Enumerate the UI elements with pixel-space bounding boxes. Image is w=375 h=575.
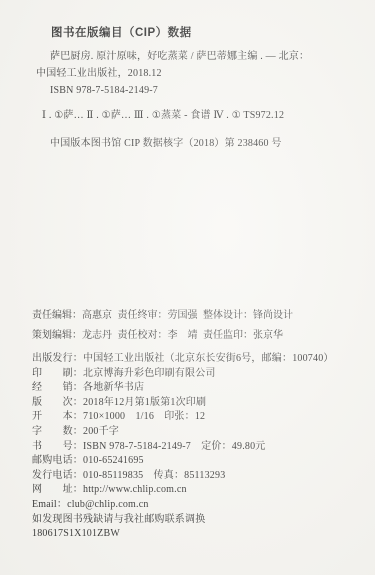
credit-proofreader: 责任校对：李 靖 — [118, 326, 201, 346]
cip-entry-line-2: 中国轻工业出版社，2018.12 — [36, 68, 162, 80]
pub-line-email: Email：club@chlip.com.cn — [32, 498, 334, 513]
staff-row-1: 责任编辑：高惠京 责任终审：劳国强 整体设计：锋尚设计 — [32, 306, 293, 326]
cip-entry-line-1: 萨巴厨房. 原汁原味，好吃蒸菜 / 萨巴蒂娜主编 . — 北京： — [50, 51, 309, 63]
pub-line-mailorder-phone: 邮购电话：010-65241695 — [32, 454, 334, 469]
credit-print-supervisor: 责任监印：张京华 — [203, 326, 283, 346]
pub-line-print-code: 180617S1X101ZBW — [32, 527, 334, 542]
pub-line-replacement-notice: 如发现图书残缺请与我社邮购联系调换 — [32, 513, 334, 528]
pub-line-distribution-phone-fax: 发行电话：010-85119835 传真：85113293 — [32, 469, 334, 484]
pub-line-format: 开 本：710×1000 1/16 印张：12 — [32, 410, 334, 425]
isbn-line: ISBN 978-7-5184-2149-7 — [50, 85, 158, 97]
cip-verify-number-line: 中国版本图书馆 CIP 数据核字（2018）第 238460 号 — [50, 138, 282, 150]
pub-line-distributor: 经 销：各地新华书店 — [32, 381, 334, 396]
pub-line-website: 网 址：http://www.chlip.com.cn — [32, 483, 334, 498]
credit-planning-editor: 策划编辑：龙志丹 — [32, 326, 115, 346]
pub-line-book-number-price: 书 号：ISBN 978-7-5184-2149-7 定价：49.80元 — [32, 440, 334, 455]
pub-line-publisher: 出版发行：中国轻工业出版社（北京东长安街6号，邮编：100740） — [32, 352, 334, 367]
credit-final-reviewer: 责任终审：劳国强 — [118, 306, 201, 326]
cip-classification-line: Ⅰ . ①萨… Ⅱ . ①萨… Ⅲ . ①蒸菜 - 食谱 Ⅳ . ① TS972… — [42, 110, 284, 122]
cip-heading: 图书在版编目（CIP）数据 — [51, 24, 192, 40]
credit-overall-design: 整体设计：锋尚设计 — [203, 306, 293, 326]
pub-line-edition: 版 次：2018年12月第1版第1次印刷 — [32, 396, 334, 411]
book-copyright-page: 图书在版编目（CIP）数据 萨巴厨房. 原汁原味，好吃蒸菜 / 萨巴蒂娜主编 .… — [0, 0, 375, 575]
pub-line-printer: 印 刷：北京博海升彩色印刷有限公司 — [32, 367, 334, 382]
pub-line-word-count: 字 数：200千字 — [32, 425, 334, 440]
publication-info-block: 出版发行：中国轻工业出版社（北京东长安街6号，邮编：100740） 印 刷：北京… — [32, 352, 334, 542]
staff-credits-block: 责任编辑：高惠京 责任终审：劳国强 整体设计：锋尚设计 策划编辑：龙志丹 责任校… — [32, 306, 293, 346]
staff-row-2: 策划编辑：龙志丹 责任校对：李 靖 责任监印：张京华 — [32, 326, 293, 346]
credit-executive-editor: 责任编辑：高惠京 — [32, 306, 115, 326]
